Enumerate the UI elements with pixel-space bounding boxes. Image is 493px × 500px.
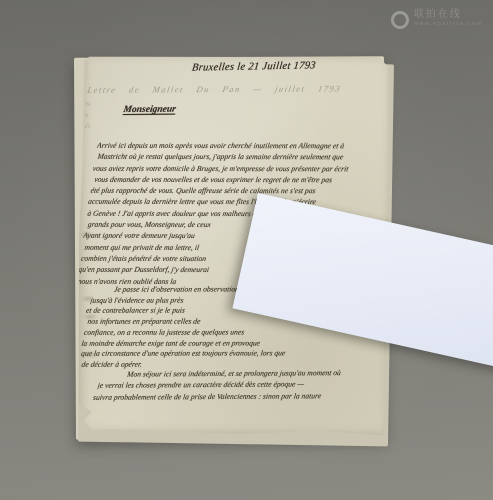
photo-scene: 联拍在线 www.epailive.com Bruxelles le 21 Ju… <box>0 0 493 500</box>
salutation: Monseigneur <box>123 105 177 115</box>
handwriting-line: suivra probablement celle de la prise de… <box>92 390 385 403</box>
handwriting-line: la moindre démarche exige tant de courag… <box>81 338 375 349</box>
watermark-subtitle: www.epailive.com <box>414 22 483 27</box>
handwriting-line: vous demander de vos nouvelles et de vou… <box>94 174 382 186</box>
pencil-annotation: Lettre de Mallet Du Pan — juillet 1793 <box>87 83 389 95</box>
margin-smudge <box>81 295 97 303</box>
handwriting-line: accumulée depuis la dernière lettre que … <box>87 196 378 208</box>
paragraph-3: Mon séjour ici sera indéterminé, et se p… <box>93 367 388 403</box>
watermark: 联拍在线 www.epailive.com <box>391 10 483 29</box>
margin-smudge <box>82 313 98 321</box>
handwriting-line: Arrivé ici depuis un mois après vous avo… <box>96 140 386 152</box>
ring-logo-icon <box>391 11 409 29</box>
date-line: Bruxelles le 21 Juillet 1793 <box>191 59 382 74</box>
handwriting-line: Mastricht où je restai quelques jours, j… <box>97 151 385 163</box>
handwriting-line: été plus rapproché de vous. Quelle affre… <box>90 185 380 197</box>
margin-smudge <box>83 351 99 359</box>
handwriting-line: que la circonstance d'une opération est … <box>80 348 373 359</box>
watermark-title: 联拍在线 <box>414 10 483 20</box>
margin-smudge <box>79 231 95 239</box>
handwriting-line: vous aviez repris votre domicile à Bruge… <box>92 162 383 174</box>
watermark-texts: 联拍在线 www.epailive.com <box>414 10 483 27</box>
